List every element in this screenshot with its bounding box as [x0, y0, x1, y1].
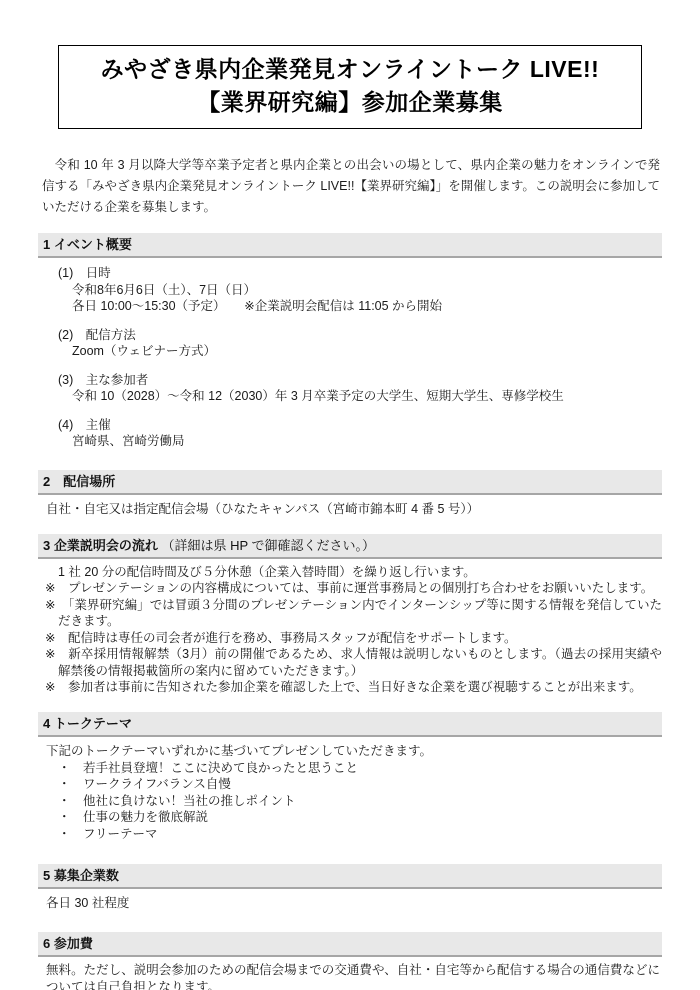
section-event-overview: 1 イベント概要 (1) 日時 令和8年6月6日（土）、7日（日） 各日 10:…	[38, 233, 662, 450]
event-item-datetime-line1: 令和8年6月6日（土）、7日（日）	[38, 282, 662, 299]
section-1-body: (1) 日時 令和8年6月6日（土）、7日（日） 各日 10:00～15:30（…	[38, 258, 662, 450]
talk-theme-item-3: ・ 他社に負けない！当社の推しポイント	[38, 793, 662, 810]
event-item-organizer-line1: 宮崎県、宮崎労働局	[38, 433, 662, 450]
section-broadcast-location: 2 配信場所 自社・自宅又は指定配信会場（ひなたキャンパス（宮崎市錦本町 4 番…	[38, 470, 662, 518]
section-heading-1: 1 イベント概要	[38, 233, 662, 258]
section-heading-4: 4 トークテーマ	[38, 712, 662, 737]
event-item-participants-line1: 令和 10（2028）～令和 12（2030）年 3 月卒業予定の大学生、短期大…	[38, 388, 662, 405]
event-item-datetime-label: (1) 日時	[38, 265, 662, 282]
broadcast-location-text: 自社・自宅又は指定配信会場（ひなたキャンパス（宮崎市錦本町 4 番 5 号））	[38, 500, 662, 518]
event-item-datetime-line2: 各日 10:00～15:30（予定） ※企業説明会配信は 11:05 から開始	[38, 298, 662, 315]
event-item-organizer-label: (4) 主催	[38, 417, 662, 434]
section-heading-3-note: （詳細は県 HP で御確認ください。）	[161, 538, 375, 553]
section-heading-2-label: 2 配信場所	[43, 474, 115, 489]
event-item-organizer: (4) 主催 宮崎県、宮崎労働局	[38, 417, 662, 450]
section-heading-1-label: 1 イベント概要	[43, 237, 132, 252]
session-flow-note-5: ※ 参加者は事前に告知された参加企業を確認した上で、当日好きな企業を選び視聴する…	[38, 679, 662, 696]
document-title-line2: 【業界研究編】参加企業募集	[63, 86, 637, 119]
document-title-line1: みやざき県内企業発見オンライントーク LIVE!!	[63, 53, 637, 86]
event-item-method-label: (2) 配信方法	[38, 327, 662, 344]
section-heading-2: 2 配信場所	[38, 470, 662, 495]
section-heading-5-label: 5 募集企業数	[43, 868, 119, 883]
talk-theme-item-1: ・ 若手社員登壇！ここに決めて良かったと思うこと	[38, 760, 662, 777]
session-flow-note-3: ※ 配信時は専任の司会者が進行を務め、事務局スタッフが配信をサポートします。	[38, 630, 662, 647]
event-item-participants-label: (3) 主な参加者	[38, 372, 662, 389]
talk-theme-item-4: ・ 仕事の魅力を徹底解説	[38, 809, 662, 826]
document-page: みやざき県内企業発見オンライントーク LIVE!! 【業界研究編】参加企業募集 …	[0, 0, 700, 990]
section-3-body: 1 社 20 分の配信時間及び５分休憩（企業入替時間）を繰り返し行います。 ※ …	[38, 559, 662, 696]
talk-themes-lead: 下記のトークテーマいずれかに基づいてプレゼンしていただきます。	[38, 742, 662, 760]
section-session-flow: 3 企業説明会の流れ （詳細は県 HP で御確認ください。） 1 社 20 分の…	[38, 534, 662, 696]
session-flow-note-1: ※ プレゼンテーションの内容構成については、事前に運営事務局との個別打ち合わせを…	[38, 580, 662, 597]
section-6-body: 無料。ただし、説明会参加のための配信会場までの交通費や、自社・自宅等から配信する…	[38, 957, 662, 990]
company-count-text: 各日 30 社程度	[38, 894, 662, 912]
section-company-count: 5 募集企業数 各日 30 社程度	[38, 864, 662, 912]
talk-theme-item-2: ・ ワークライフバランス自慢	[38, 776, 662, 793]
section-heading-3: 3 企業説明会の流れ （詳細は県 HP で御確認ください。）	[38, 534, 662, 559]
section-talk-themes: 4 トークテーマ 下記のトークテーマいずれかに基づいてプレゼンしていただきます。…	[38, 712, 662, 843]
event-item-method: (2) 配信方法 Zoom（ウェビナー方式）	[38, 327, 662, 360]
section-heading-6-label: 6 参加費	[43, 936, 93, 951]
section-heading-6: 6 参加費	[38, 932, 662, 957]
session-flow-note-2: ※ 「業界研究編」では冒頭３分間のプレゼンテーション内でインターンシップ等に関す…	[38, 597, 662, 630]
section-heading-3-label: 3 企業説明会の流れ	[43, 538, 158, 553]
section-heading-4-label: 4 トークテーマ	[43, 716, 132, 731]
section-participation-fee: 6 参加費 無料。ただし、説明会参加のための配信会場までの交通費や、自社・自宅等…	[38, 932, 662, 990]
title-box: みやざき県内企業発見オンライントーク LIVE!! 【業界研究編】参加企業募集	[58, 45, 642, 129]
intro-paragraph: 令和 10 年 3 月以降大学等卒業予定者と県内企業との出会いの場として、県内企…	[42, 155, 660, 218]
talk-theme-item-5: ・ フリーテーマ	[38, 826, 662, 843]
event-item-method-line1: Zoom（ウェビナー方式）	[38, 343, 662, 360]
event-item-participants: (3) 主な参加者 令和 10（2028）～令和 12（2030）年 3 月卒業…	[38, 372, 662, 405]
section-5-body: 各日 30 社程度	[38, 889, 662, 912]
event-item-datetime: (1) 日時 令和8年6月6日（土）、7日（日） 各日 10:00～15:30（…	[38, 265, 662, 315]
participation-fee-text: 無料。ただし、説明会参加のための配信会場までの交通費や、自社・自宅等から配信する…	[38, 962, 662, 990]
section-heading-5: 5 募集企業数	[38, 864, 662, 889]
session-flow-lead: 1 社 20 分の配信時間及び５分休憩（企業入替時間）を繰り返し行います。	[38, 564, 662, 581]
session-flow-note-4: ※ 新卒採用情報解禁（3月）前の開催であるため、求人情報は説明しないものとします…	[38, 646, 662, 679]
section-2-body: 自社・自宅又は指定配信会場（ひなたキャンパス（宮崎市錦本町 4 番 5 号））	[38, 495, 662, 518]
section-4-body: 下記のトークテーマいずれかに基づいてプレゼンしていただきます。 ・ 若手社員登壇…	[38, 737, 662, 843]
